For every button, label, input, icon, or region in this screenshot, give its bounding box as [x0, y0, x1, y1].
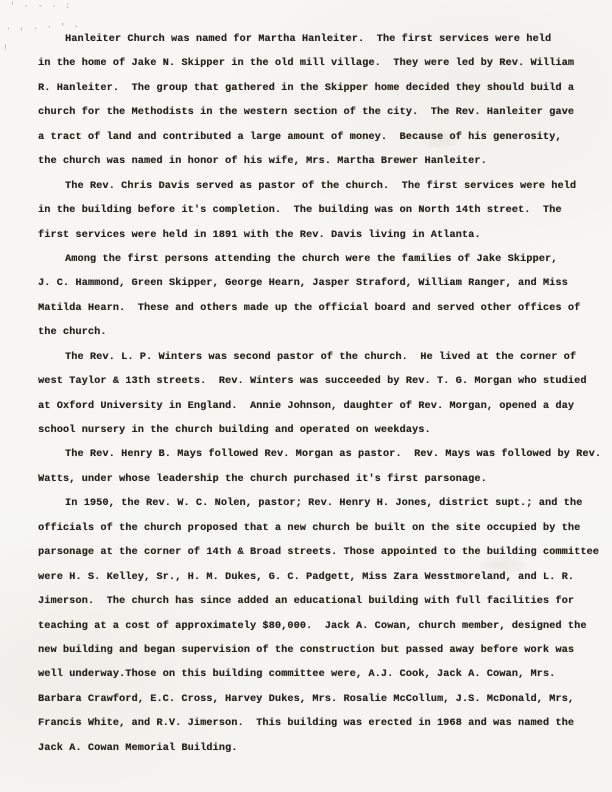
- text-line: the church was named in honor of his wif…: [38, 150, 586, 174]
- text-line: Hanleiter Church was named for Martha Ha…: [38, 28, 586, 52]
- text-line: officials of the church proposed that a …: [38, 517, 586, 541]
- text-line: Francis White, and R.V. Jimerson. This b…: [38, 712, 586, 736]
- text-line: the church.: [38, 321, 586, 345]
- document-page: ' ·- · :. , . · ' -! Hanleiter Church wa…: [0, 0, 612, 792]
- text-line: The Rev. L. P. Winters was second pastor…: [38, 346, 586, 370]
- pencil-mark: !: [3, 44, 10, 53]
- text-line: parsonage at the corner of 14th & Broad …: [38, 541, 586, 565]
- text-line: west Taylor & 13th streets. Rev. Winters…: [38, 370, 586, 394]
- text-line: were H. S. Kelley, Sr., H. M. Dukes, G. …: [38, 566, 586, 590]
- text-line: at Oxford University in England. Annie J…: [38, 395, 586, 419]
- text-line: R. Hanleiter. The group that gathered in…: [38, 77, 586, 101]
- text-line: Among the first persons attending the ch…: [38, 248, 586, 272]
- text-line: in the building before it's completion. …: [38, 199, 586, 223]
- text-line: teaching at a cost of approximately $80,…: [38, 615, 586, 639]
- text-line: well underway.Those on this building com…: [38, 663, 586, 687]
- text-line: Matilda Hearn. These and others made up …: [38, 297, 586, 321]
- text-line: church for the Methodists in the western…: [38, 101, 586, 125]
- text-line: J. C. Hammond, Green Skipper, George Hea…: [38, 272, 586, 296]
- text-line: Watts, under whose leadership the church…: [38, 468, 586, 492]
- text-line: Jack A. Cowan Memorial Building.: [38, 737, 586, 761]
- pencil-mark: ' ·: [10, 2, 30, 11]
- text-line: school nursery in the church building an…: [38, 419, 586, 443]
- text-line: new building and began supervision of th…: [38, 639, 586, 663]
- text-line: Jimerson. The church has since added an …: [38, 590, 586, 614]
- text-line: in the home of Jake N. Skipper in the ol…: [38, 52, 586, 76]
- pencil-mark: - · :: [38, 2, 72, 11]
- text-line: The Rev. Chris Davis served as pastor of…: [38, 175, 586, 199]
- text-line: Barbara Crawford, E.C. Cross, Harvey Duk…: [38, 688, 586, 712]
- text-line: first services were held in 1891 with th…: [38, 224, 586, 248]
- text-line: a tract of land and contributed a large …: [38, 126, 586, 150]
- typewritten-text: Hanleiter Church was named for Martha Ha…: [38, 28, 586, 761]
- text-line: The Rev. Henry B. Mays followed Rev. Mor…: [38, 443, 586, 467]
- text-line: In 1950, the Rev. W. C. Nolen, pastor; R…: [38, 492, 586, 516]
